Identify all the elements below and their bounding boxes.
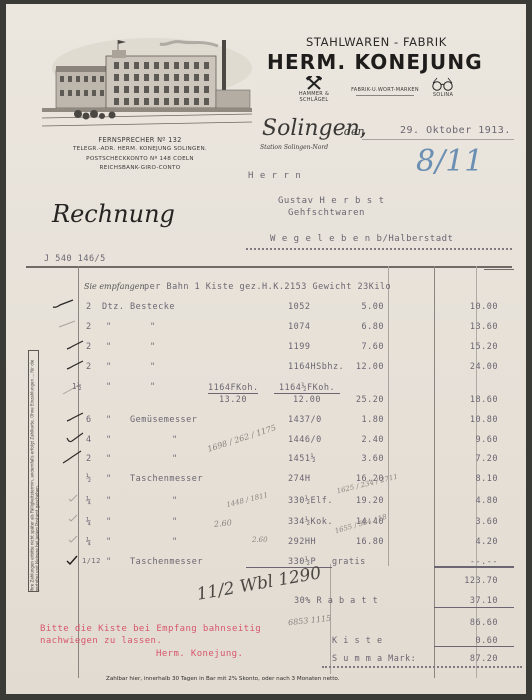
item-desc: "	[172, 454, 178, 464]
item-qty: ½	[86, 474, 92, 484]
item-desc: Taschenmesser	[130, 557, 203, 567]
item-desc: Gemüsemesser	[130, 415, 197, 425]
item-unit: "	[106, 382, 112, 392]
payment-terms-text: Ihre Zahlungen erbitte nicht später als …	[31, 352, 40, 592]
item-price: 3.60	[344, 454, 384, 464]
item-total: 10.80	[442, 415, 498, 425]
item-qty: ¼	[86, 496, 92, 506]
item-gratis-note: gratis	[332, 557, 366, 567]
pencil-note-2: 1448 / 1811	[226, 491, 269, 509]
item-unit: "	[106, 517, 112, 527]
item-total: 15.20	[442, 342, 498, 352]
bank-account: REICHSBANK-GIRO-CONTO	[30, 165, 250, 171]
checkmark-icon	[52, 299, 74, 309]
item-unit: "	[106, 415, 112, 425]
item-desc: "	[150, 362, 156, 372]
table-col-divider-total	[434, 266, 435, 678]
item-unit: "	[106, 557, 112, 567]
sum-amount: 87.20	[442, 654, 498, 664]
item-desc: "	[172, 517, 178, 527]
checkmark-icon	[66, 360, 84, 370]
item-desc: "	[172, 435, 178, 445]
postcheck-account: POSTSCHECKKONTO Nº 148 COELN	[30, 156, 250, 162]
stamp-line-1: Bitte die Kiste bei Empfang bahnseitig	[40, 624, 261, 634]
box-label: K i s t e	[332, 636, 383, 646]
spectacles-icon	[431, 77, 455, 91]
net-amount: 86.60	[442, 618, 498, 628]
checkmark-icon	[68, 494, 78, 502]
subtotal-rule	[434, 566, 514, 568]
trademark-solina-label: SOLINA	[426, 92, 460, 98]
item-total: 10.00	[442, 302, 498, 312]
item-price: 19.20	[344, 496, 384, 506]
pencil-note-1: 1698 / 262 / 1175	[206, 423, 277, 454]
item-price: 6.80	[344, 322, 384, 332]
payment-terms-box: Ihre Zahlungen erbitte nicht später als …	[28, 350, 39, 592]
item-total: 3.60	[442, 517, 498, 527]
item-unit: "	[106, 474, 112, 484]
telegram-address: TELEGR.-ADR. HERM. KONEJUNG SOLINGEN.	[30, 146, 250, 152]
item-total: 18.60	[442, 395, 498, 405]
box-rule	[434, 646, 514, 647]
item-qty: 1½	[72, 382, 82, 391]
item-qty: 1/12	[82, 557, 101, 565]
pencil-note-4: 2.60	[214, 518, 233, 529]
recipient-name: Gustav H e r b s t	[278, 196, 385, 206]
sum-label: S u m m a Mark:	[332, 654, 416, 664]
shipment-text: per Bahn 1 Kiste gez.H.K.2153 Gewicht 23…	[144, 282, 391, 292]
date-line	[362, 139, 514, 140]
box-amount: 0.60	[442, 636, 498, 646]
discount-rule	[434, 607, 514, 608]
item-qty: 6	[86, 415, 92, 425]
pencil-note-5: 2.60	[252, 536, 268, 544]
item-unit: "	[106, 454, 112, 464]
item-qty: ¼	[86, 537, 92, 547]
item-article: 330½Elf.	[288, 496, 333, 506]
phone-number: FERNSPRECHER Nº 132	[30, 136, 250, 144]
address-dotted-line	[246, 248, 512, 250]
invoice-paper: STAHLWAREN - FABRIK HERM. KONEJUNG HAMME…	[6, 4, 526, 694]
item-desc: "	[150, 382, 156, 392]
item-total: 4.80	[442, 496, 498, 506]
item-desc: "	[150, 342, 156, 352]
item-desc: Taschenmesser	[130, 474, 203, 484]
item-unit: "	[106, 362, 112, 372]
item-total: 24.00	[442, 362, 498, 372]
item-article: 334½Kok.	[288, 517, 333, 527]
checkmark-icon	[58, 319, 76, 329]
checkmark-icon	[66, 340, 84, 350]
item-unit: "	[106, 342, 112, 352]
company-name: HERM. KONEJUNG	[267, 50, 483, 74]
recipient-business: Gehfschtwaren	[288, 208, 365, 218]
table-col-divider-price	[388, 266, 389, 566]
item-qty: 2	[86, 362, 92, 372]
stamp-line-2: nachwiegen zu lassen.	[40, 636, 162, 646]
item-price: 16.80	[344, 537, 384, 547]
item-qty: ¼	[86, 517, 92, 527]
discount-amount: 37.10	[442, 596, 498, 606]
item-price: 25.20	[344, 395, 384, 405]
item-qty: 4	[86, 435, 92, 445]
checkmark-icon	[62, 450, 82, 464]
discount-label: 30% R a b a t t	[294, 596, 378, 606]
item-article: 1074	[288, 322, 310, 332]
item-article-price: 12.00	[274, 395, 340, 405]
payment-terms-footer: Zahlbar hier, innerhalb 30 Tagen in Bar …	[106, 676, 340, 682]
item-article: 1164½FKoh.	[274, 383, 340, 394]
item-qty: 2	[86, 454, 92, 464]
item-desc: "	[172, 496, 178, 506]
item-unit: Dtz.	[102, 302, 124, 312]
item-qty: 2	[86, 322, 92, 332]
item-unit: "	[106, 537, 112, 547]
table-top-rule	[26, 266, 512, 268]
item-total: 9.60	[442, 435, 498, 445]
item-total: 4.20	[442, 537, 498, 547]
place-den: den	[344, 125, 365, 138]
factory-illustration-icon	[42, 38, 252, 130]
item-article: 1437/0	[288, 415, 322, 425]
item-total: 7.20	[442, 454, 498, 464]
trademark-divider	[356, 95, 414, 96]
table-col-divider-qty	[78, 266, 79, 678]
invoice-date: 29. Oktober 1913.	[400, 125, 511, 136]
item-article: 1164HSbhz.	[288, 362, 344, 372]
handwritten-number: 8/11	[416, 144, 483, 179]
hammer-and-mallet-icon	[306, 76, 322, 90]
item-desc: Bestecke	[130, 302, 175, 312]
item-article: 1199	[288, 342, 310, 352]
checkmark-icon	[68, 514, 78, 522]
recipient-city: W e g e l e b e n b/Halberstadt	[270, 234, 453, 244]
item-price: 2.40	[344, 435, 384, 445]
item-price: 5.00	[344, 302, 384, 312]
table-top-tick	[484, 269, 514, 270]
checkmark-icon	[66, 412, 84, 422]
trademark-center-label: FABRIK-U.WORT-MARKEN	[350, 87, 420, 93]
item-price: 7.60	[344, 342, 384, 352]
recipient-salutation: H e r r n	[248, 171, 301, 181]
company-subtitle: STAHLWAREN - FABRIK	[306, 35, 447, 49]
subtotal-amount: 123.70	[442, 576, 498, 586]
item-article: 274H	[288, 474, 310, 484]
trademark-hammer-label: HAMMER & SCHLÄGEL	[296, 91, 332, 103]
item-fraction-bottom: 13.20	[208, 395, 258, 405]
item-price: 12.00	[344, 362, 384, 372]
item-fraction-top: 1164FKoh.	[208, 383, 258, 394]
item-qty: 2	[86, 302, 92, 312]
checkmark-icon	[66, 432, 84, 444]
item-unit: "	[106, 435, 112, 445]
stamp-signature: Herm. Konejung.	[156, 649, 243, 659]
item-unit: "	[106, 322, 112, 332]
item-qty: 2	[86, 342, 92, 352]
checkmark-icon	[68, 535, 78, 543]
item-unit: "	[106, 496, 112, 506]
item-article: 1446/0	[288, 435, 322, 445]
reference-number: J 540 146/5	[44, 254, 106, 264]
station-label: Station Solingen-Nord	[260, 144, 328, 151]
item-article: 292HH	[288, 537, 316, 547]
item-desc: "	[172, 537, 178, 547]
sum-dotted-line	[322, 666, 522, 668]
item-article: 1451½	[288, 454, 316, 464]
item-total: 13.60	[442, 322, 498, 332]
checkmark-icon	[66, 555, 78, 565]
item-article: 1052	[288, 302, 310, 312]
item-price: 1.80	[344, 415, 384, 425]
item-desc: "	[150, 322, 156, 332]
item-total: 8.10	[442, 474, 498, 484]
shipment-prefix: Sie empfangen	[84, 282, 145, 291]
document-title: Rechnung	[52, 200, 175, 228]
pencil-note-7: 6853 1115	[288, 614, 332, 627]
